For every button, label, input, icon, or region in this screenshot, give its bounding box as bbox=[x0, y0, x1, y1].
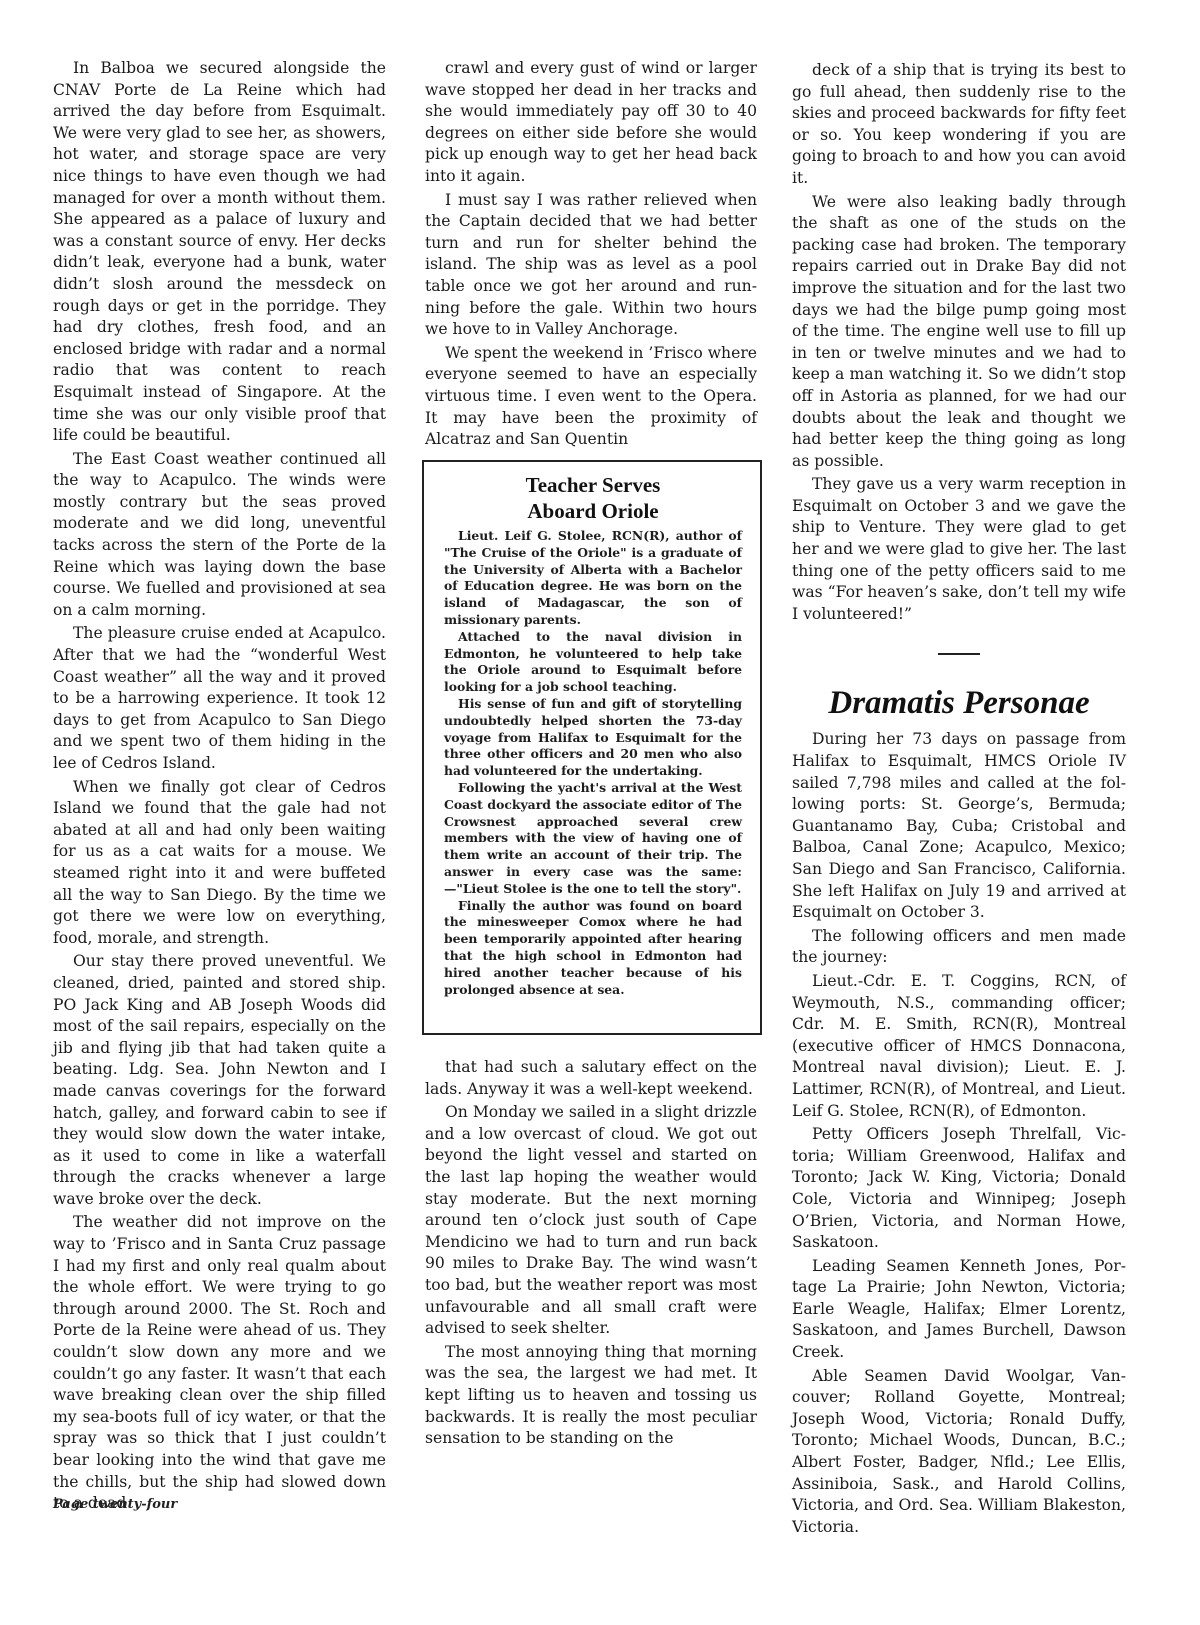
sidebar-paragraph: Following the yacht's arrival at the Wes… bbox=[444, 780, 742, 898]
paragraph: I must say I was rather relieved when th… bbox=[425, 190, 757, 341]
sidebar-paragraph: Finally the author was found on board th… bbox=[444, 898, 742, 999]
crew-paragraph: Petty Officers Joseph Threlfall, Vic­tor… bbox=[792, 1124, 1126, 1254]
sidebar-paragraph: Lieut. Leif G. Stolee, RCN(R), author of… bbox=[444, 528, 742, 629]
paragraph: crawl and every gust of wind or larger w… bbox=[425, 58, 757, 188]
paragraph: Our stay there proved uneventful. We cle… bbox=[53, 951, 386, 1210]
paragraph: The pleasure cruise ended at Acapulco. A… bbox=[53, 623, 386, 774]
crew-paragraph: During her 73 days on passage from Halif… bbox=[792, 729, 1126, 923]
sidebar-title-line2: Aboard Oriole bbox=[527, 499, 658, 523]
crew-paragraph: Lieut.-Cdr. E. T. Coggins, RCN, of Weymo… bbox=[792, 971, 1126, 1122]
author-bio-box: Teacher Serves Aboard Oriole Lieut. Leif… bbox=[422, 460, 762, 1035]
paragraph: The weather did not improve on the way t… bbox=[53, 1212, 386, 1514]
paragraph: When we finally got clear of Cedros Isla… bbox=[53, 777, 386, 950]
paragraph: They gave us a very warm reception in Es… bbox=[792, 474, 1126, 625]
paragraph: In Balboa we secured alongside the CNAV … bbox=[53, 58, 386, 447]
sidebar-paragraph: Attached to the naval division in Edmont… bbox=[444, 629, 742, 696]
paragraph: deck of a ship that is trying its best t… bbox=[792, 60, 1126, 190]
section-title: Dramatis Personae bbox=[792, 683, 1126, 723]
sidebar-title-line1: Teacher Serves bbox=[526, 473, 661, 497]
paragraph: that had such a salutary effect on the l… bbox=[425, 1057, 757, 1100]
sidebar-title: Teacher Serves Aboard Oriole bbox=[444, 472, 742, 524]
paragraph: The East Coast weather continued all the… bbox=[53, 449, 386, 622]
paragraph: The most annoying thing that morn­ing wa… bbox=[425, 1342, 757, 1450]
article-column-right: deck of a ship that is trying its best t… bbox=[792, 60, 1126, 1538]
crew-paragraph: Leading Seamen Kenneth Jones, Por­tage L… bbox=[792, 1256, 1126, 1364]
crew-paragraph: Able Seamen David Woolgar, Van­couver; R… bbox=[792, 1366, 1126, 1539]
paragraph: We spent the weekend in ’Frisco where ev… bbox=[425, 343, 757, 451]
article-column-middle-bottom: that had such a salutary effect on the l… bbox=[425, 1057, 757, 1450]
page-number: Page twenty-four bbox=[53, 1497, 177, 1512]
paragraph: On Monday we sailed in a slight driz­zle… bbox=[425, 1102, 757, 1340]
sidebar-paragraph: His sense of fun and gift of story­telli… bbox=[444, 696, 742, 780]
paragraph: We were also leaking badly through the s… bbox=[792, 192, 1126, 473]
article-column-middle-top: crawl and every gust of wind or larger w… bbox=[425, 58, 757, 451]
article-column-left: In Balboa we secured alongside the CNAV … bbox=[53, 58, 386, 1515]
section-divider bbox=[938, 653, 980, 655]
crew-paragraph: The following officers and men made the … bbox=[792, 926, 1126, 969]
